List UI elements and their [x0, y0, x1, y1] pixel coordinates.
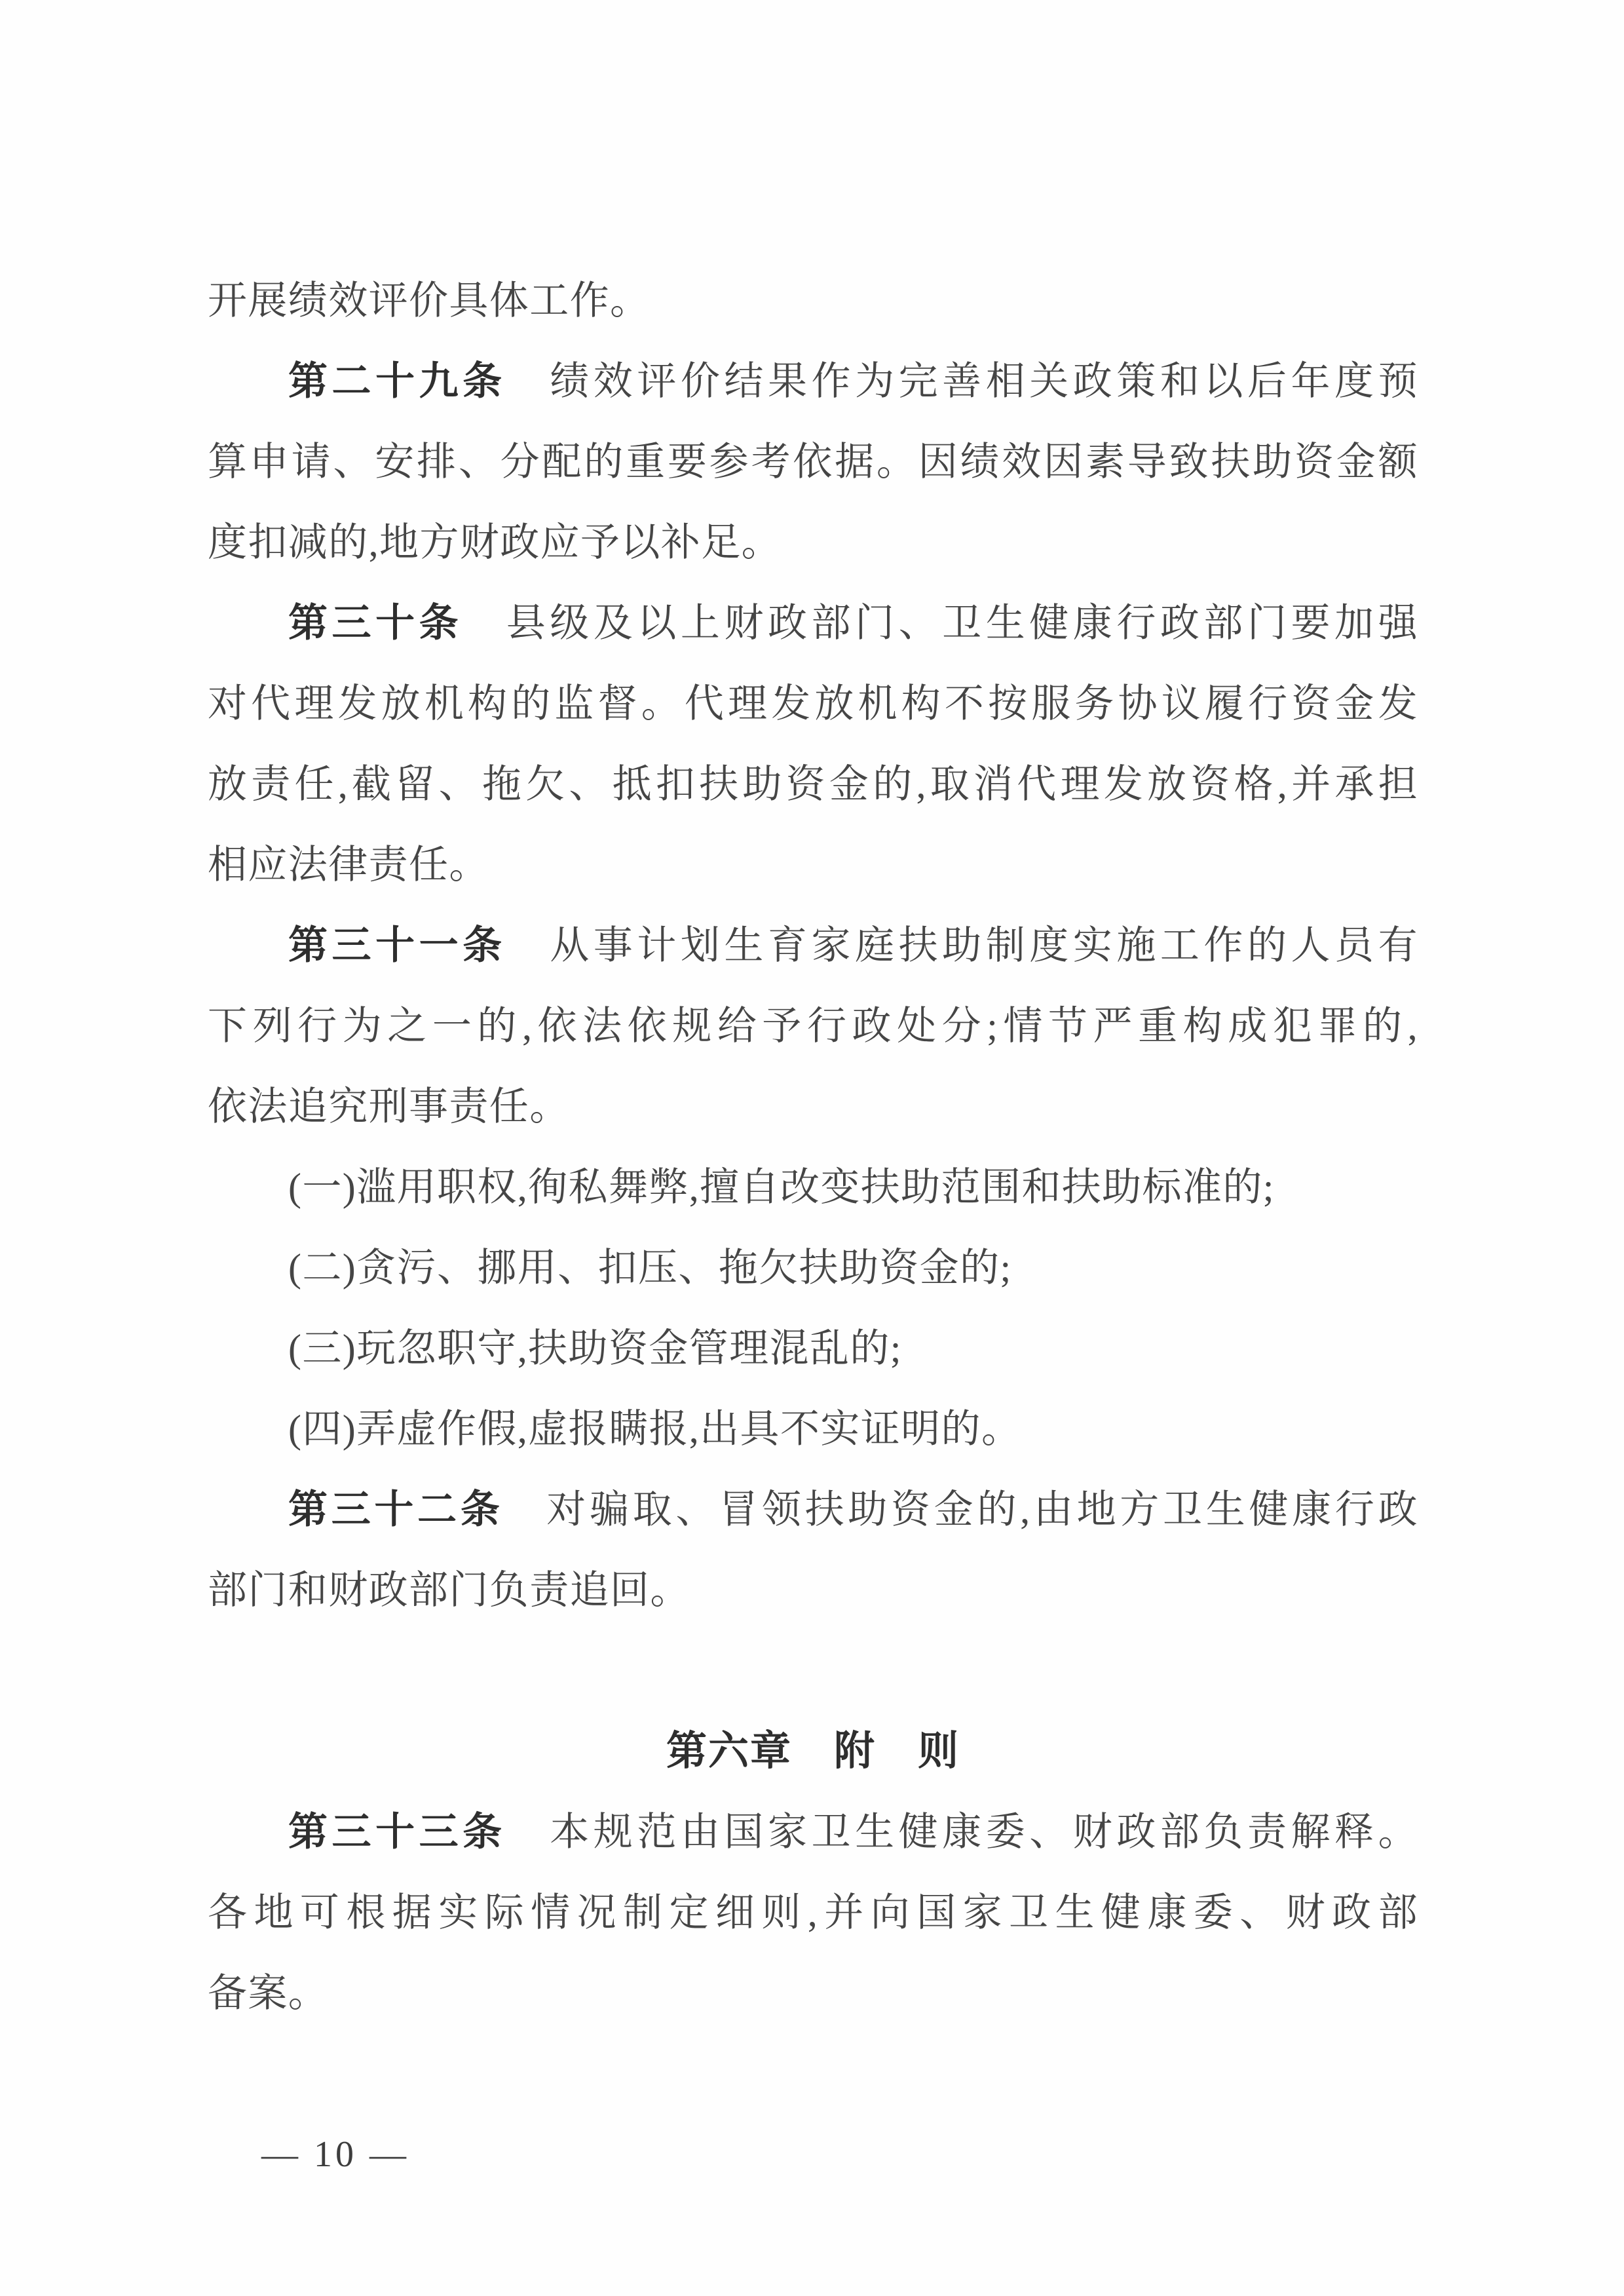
line-text: 对代理发放机构的监督。代理发放机构不按服务协议履行资金发	[208, 682, 1418, 725]
article-number: 第三十三条	[288, 1810, 506, 1854]
list-item: (一)滥用职权,徇私舞弊,擅自改变扶助范围和扶助标准的;	[208, 1147, 1418, 1228]
list-item: (二)贪污、挪用、扣压、拖欠扶助资金的;	[208, 1228, 1418, 1309]
article-line: 第三十条 县级及以上财政部门、卫生健康行政部门要加强	[208, 583, 1418, 664]
text-line: 备案。	[208, 1953, 1418, 2034]
text-line: 度扣减的,地方财政应予以补足。	[208, 503, 1418, 583]
line-text: 开展绩效评价具体工作。	[208, 279, 650, 322]
text-line: 算申请、安排、分配的重要参考依据。因绩效因素导致扶助资金额	[208, 422, 1418, 503]
line-text: 备案。	[208, 1972, 328, 2015]
chapter-heading-text: 第六章 附 则	[666, 1729, 960, 1774]
list-item: (四)弄虚作假,虚报瞒报,出具不实证明的。	[208, 1389, 1418, 1470]
text-line: 部门和财政部门负责追回。	[208, 1550, 1418, 1631]
line-text: 算申请、安排、分配的重要参考依据。因绩效因素导致扶助资金额	[208, 440, 1418, 484]
text-line: 放责任,截留、拖欠、抵扣扶助资金的,取消代理发放资格,并承担	[208, 744, 1418, 825]
line-text: 依法追究刑事责任。	[208, 1085, 570, 1128]
article-line: 第三十三条 本规范由国家卫生健康委、财政部负责解释。	[208, 1792, 1418, 1873]
text-line: 相应法律责任。	[208, 825, 1418, 906]
line-text: 各地可根据实际情况制定细则,并向国家卫生健康委、财政部	[208, 1891, 1418, 1934]
article-number: 第三十一条	[288, 924, 506, 967]
text-line: 开展绩效评价具体工作。	[208, 261, 1418, 341]
article-line: 第二十九条 绩效评价结果作为完善相关政策和以后年度预	[208, 341, 1418, 422]
text-line: 各地可根据实际情况制定细则,并向国家卫生健康委、财政部	[208, 1873, 1418, 1953]
line-text: 对骗取、冒领扶助资金的,由地方卫生健康行政	[504, 1488, 1418, 1531]
text-line: 对代理发放机构的监督。代理发放机构不按服务协议履行资金发	[208, 664, 1418, 744]
document-body: 开展绩效评价具体工作。 第二十九条 绩效评价结果作为完善相关政策和以后年度预 算…	[208, 261, 1418, 2195]
article-number: 第三十条	[288, 602, 463, 645]
list-item: (三)玩忽职守,扶助资金管理混乱的;	[208, 1309, 1418, 1389]
blank-line	[208, 2034, 1418, 2114]
page-number: — 10 —	[208, 2114, 1418, 2195]
line-text: 县级及以上财政部门、卫生健康行政部门要加强	[463, 602, 1418, 645]
blank-line	[208, 1631, 1418, 1712]
document-page: 开展绩效评价具体工作。 第二十九条 绩效评价结果作为完善相关政策和以后年度预 算…	[0, 0, 1624, 2296]
line-text: 度扣减的,地方财政应予以补足。	[208, 521, 782, 564]
text-line: 依法追究刑事责任。	[208, 1067, 1418, 1147]
article-line: 第三十一条 从事计划生育家庭扶助制度实施工作的人员有	[208, 906, 1418, 986]
article-number: 第二十九条	[288, 360, 506, 403]
line-text: 放责任,截留、拖欠、抵扣扶助资金的,取消代理发放资格,并承担	[208, 763, 1418, 806]
line-text: 部门和财政部门负责追回。	[208, 1569, 690, 1612]
line-text: (四)弄虚作假,虚报瞒报,出具不实证明的。	[288, 1407, 1021, 1451]
text-line: 下列行为之一的,依法依规给予行政处分;情节严重构成犯罪的,	[208, 986, 1418, 1067]
article-number: 第三十二条	[288, 1488, 504, 1531]
article-line: 第三十二条 对骗取、冒领扶助资金的,由地方卫生健康行政	[208, 1470, 1418, 1550]
chapter-heading: 第六章 附 则	[208, 1712, 1418, 1792]
line-text: 绩效评价结果作为完善相关政策和以后年度预	[506, 360, 1418, 403]
line-text: (一)滥用职权,徇私舞弊,擅自改变扶助范围和扶助标准的;	[288, 1166, 1275, 1209]
line-text: 从事计划生育家庭扶助制度实施工作的人员有	[506, 924, 1418, 967]
line-text: (三)玩忽职守,扶助资金管理混乱的;	[288, 1327, 902, 1370]
line-text: 本规范由国家卫生健康委、财政部负责解释。	[506, 1810, 1418, 1854]
line-text: 下列行为之一的,依法依规给予行政处分;情节严重构成犯罪的,	[208, 1004, 1418, 1048]
line-text: (二)贪污、挪用、扣压、拖欠扶助资金的;	[288, 1246, 1012, 1290]
line-text: 相应法律责任。	[208, 843, 489, 887]
